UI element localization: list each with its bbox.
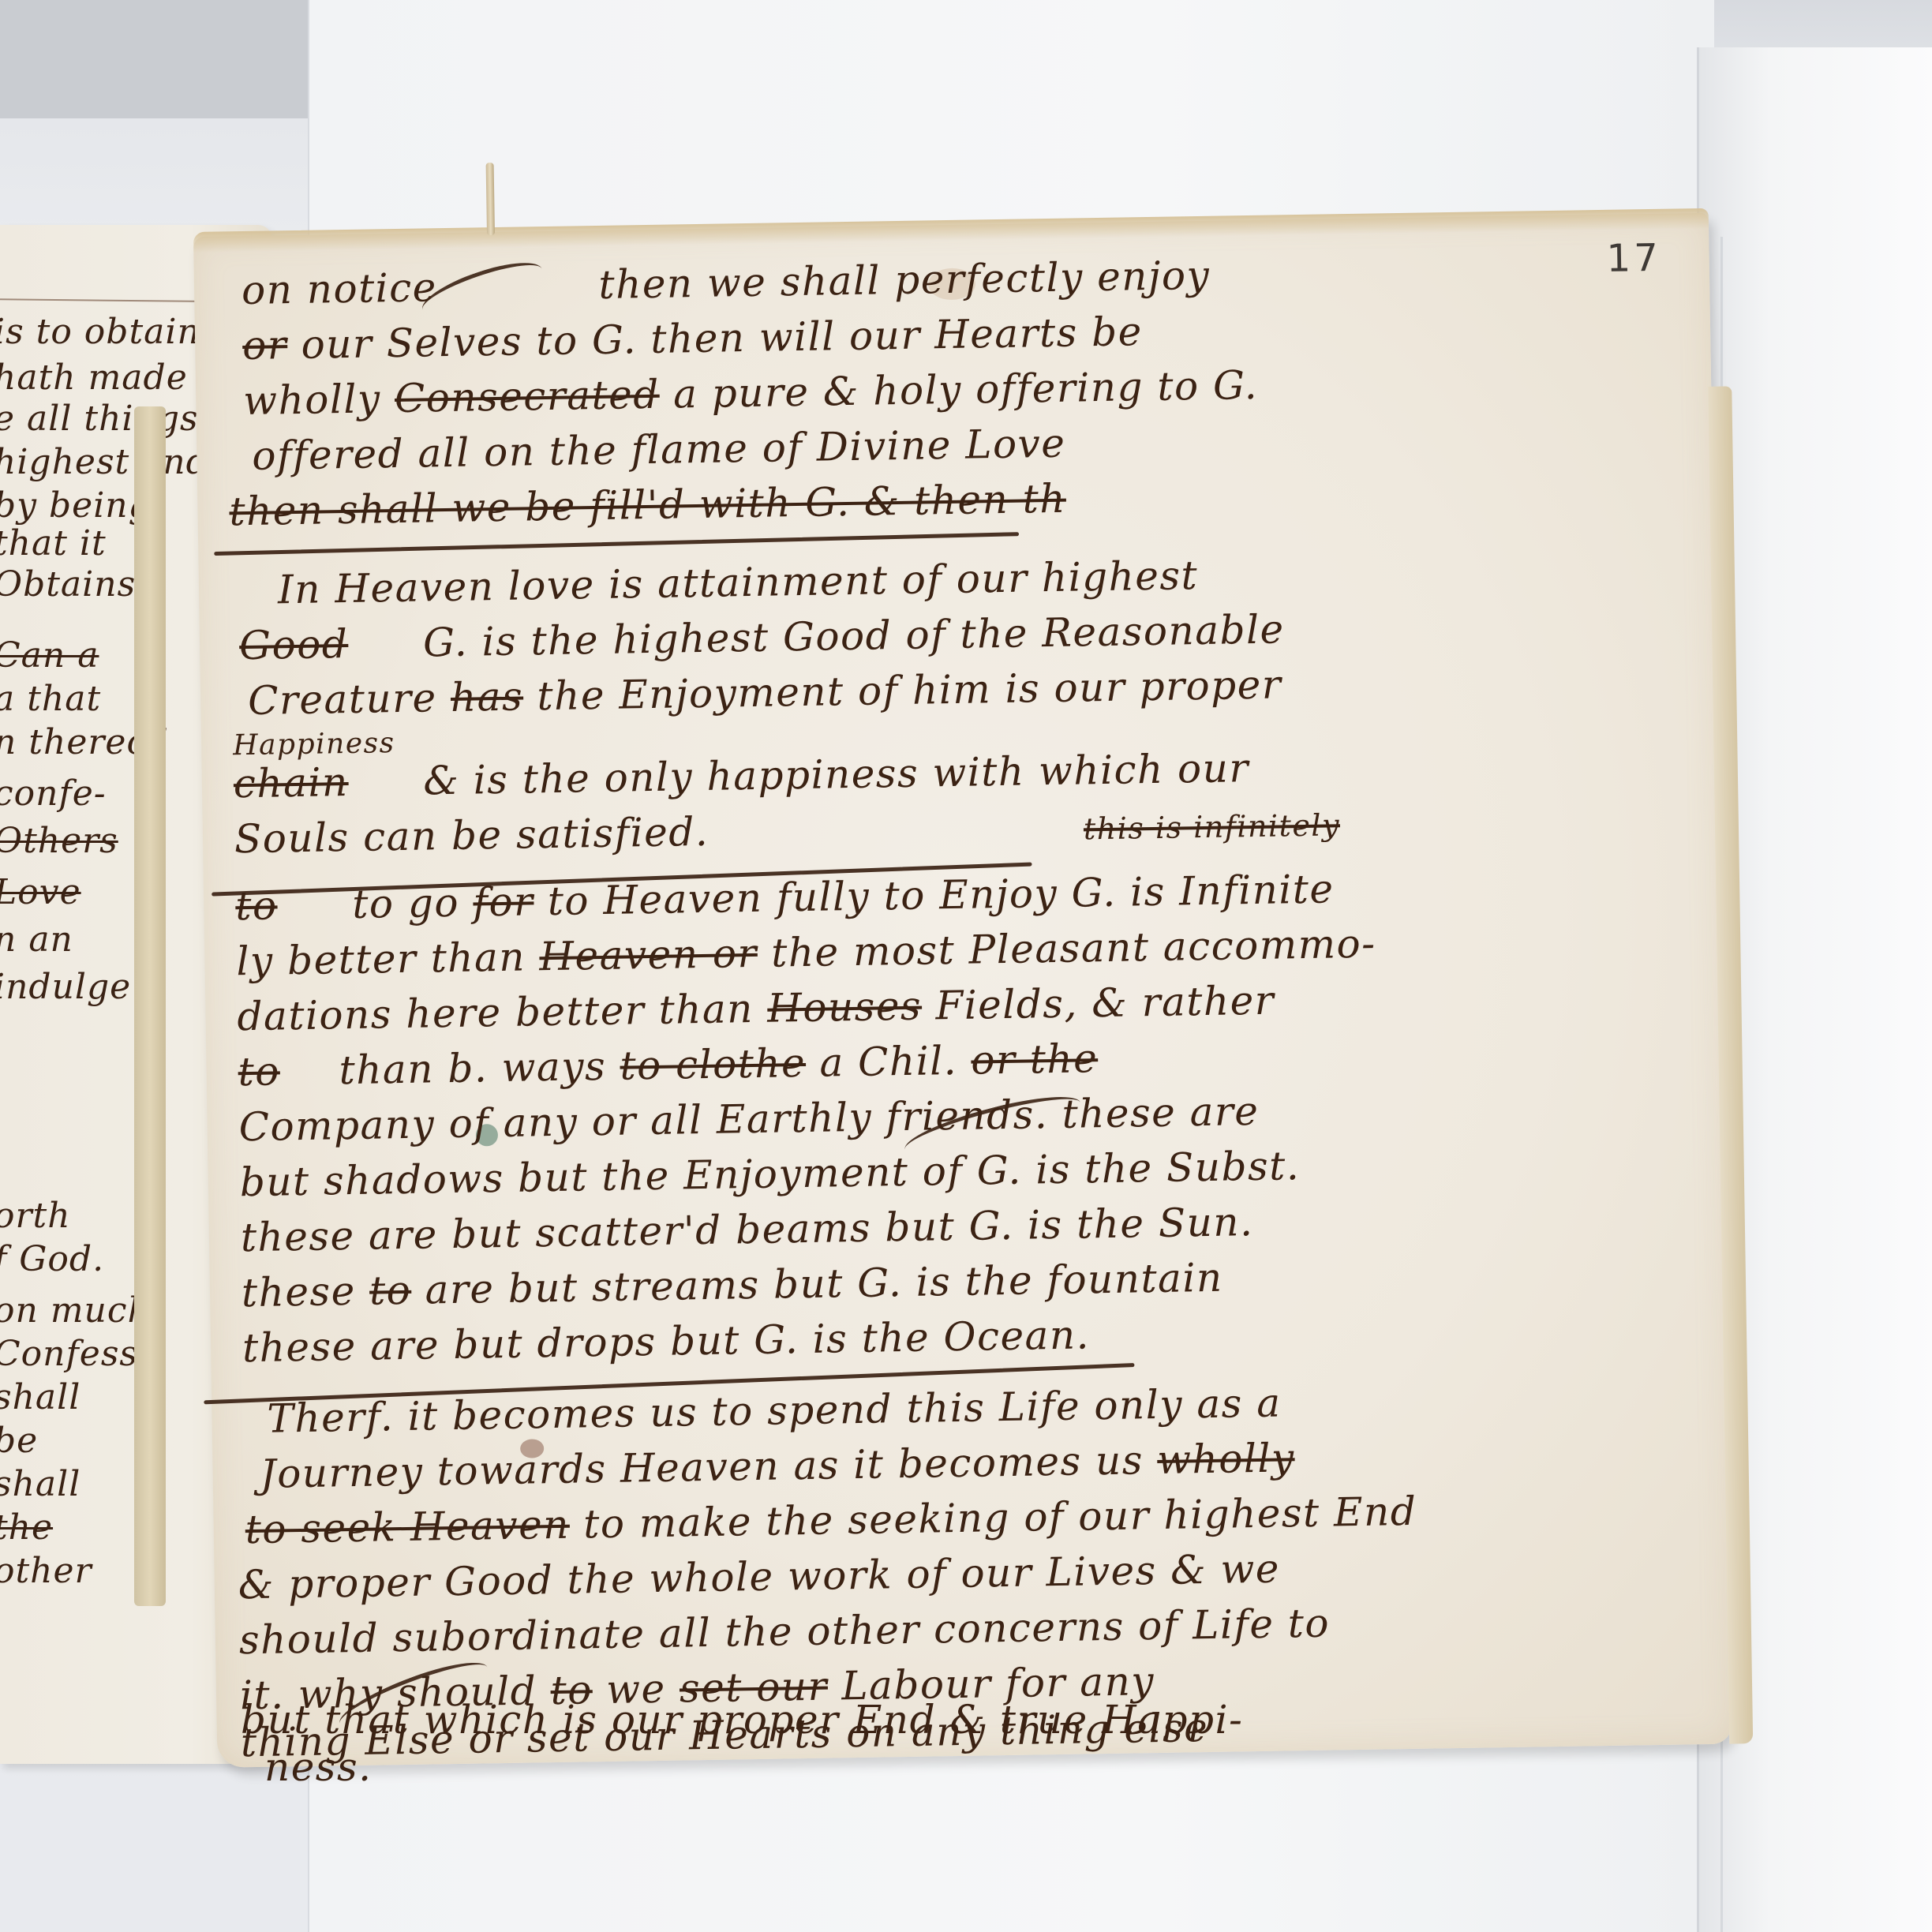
left-fragment: e all things. <box>0 399 211 439</box>
left-fragment: shall <box>0 1464 80 1504</box>
left-fragment: other <box>0 1551 92 1591</box>
folder-shadow-corner <box>0 0 316 118</box>
manuscript-line-22: to seek Heaven to make the seeking of ou… <box>245 1488 1417 1552</box>
left-fragment: shall <box>0 1377 80 1417</box>
left-fragment: Obtains <box>0 564 136 605</box>
manuscript-line-5-deleted: then shall we be fill'd with G. & then t… <box>229 476 1066 535</box>
manuscript-line-7: Good G. is the highest Good of the Reaso… <box>239 606 1285 668</box>
manuscript-line-3: wholly Consecrated a pure & holy offerin… <box>243 362 1259 424</box>
manuscript-line-14: to than b. ways to clothe a Chil. or the <box>238 1035 1098 1095</box>
manuscript-line-24: should subordinate all the other concern… <box>238 1601 1330 1664</box>
left-fragment: Confess <box>0 1334 138 1374</box>
manuscript-line-12: ly better than Heaven or the most Pleasa… <box>236 921 1376 985</box>
manuscript-line-20: Therf. it becomes us to spend this Life … <box>267 1380 1282 1442</box>
left-fragment: Love <box>0 872 81 912</box>
left-fragment: a that <box>0 679 101 719</box>
manuscript-line-1: on notice then we shall perfectly enjoy <box>241 253 1211 313</box>
manuscript-line-16: but shadows but the Enjoyment of G. is t… <box>239 1143 1300 1205</box>
manuscript-line-6: In Heaven love is attainment of our high… <box>278 552 1199 612</box>
left-fragment: Can a <box>0 635 99 676</box>
left-fragment: highest end <box>0 442 209 482</box>
left-fragment: Others <box>0 821 118 861</box>
manuscript-line-11: to to go for to Heaven fully to Enjoy G.… <box>235 866 1335 929</box>
manuscript-line-18: these to are but streams but G. is the f… <box>241 1255 1223 1316</box>
left-fragment: is to obtain <box>0 312 200 352</box>
manuscript-line-27: but that which is our proper End & true … <box>241 1697 1243 1743</box>
manuscript-page: 17 on notice then we shall perfectly enj… <box>193 213 1732 1768</box>
manuscript-margin-insert: Happiness <box>233 727 395 762</box>
section-rule <box>214 532 1019 556</box>
manuscript-line-10: Souls can be satisfied. this is infinite… <box>234 799 1341 862</box>
left-fragment: by being <box>0 485 152 526</box>
left-fragment: orth <box>0 1196 71 1236</box>
manuscript-line-8: Creature has the Enjoyment of him is our… <box>248 661 1282 724</box>
manuscript-line-13: dations here better than Houses Fields, … <box>237 978 1275 1040</box>
book-gutter <box>134 406 166 1606</box>
left-fragment: indulge <box>0 967 131 1007</box>
left-fragment: that it <box>0 523 107 563</box>
page-number: 17 <box>1606 236 1661 281</box>
manuscript-line-28: ness. <box>264 1744 373 1790</box>
left-fragment: on much <box>0 1290 151 1331</box>
left-fragment: be <box>0 1421 38 1461</box>
manuscript-line-21: Journey towards Heaven as it becomes us … <box>260 1435 1295 1497</box>
left-fragment: n an <box>0 919 73 960</box>
manuscript-line-19: these are but drops but G. is the Ocean. <box>242 1312 1091 1371</box>
left-fragment: confe- <box>0 773 107 814</box>
manuscript-line-17: these are but scatter'd beams but G. is … <box>240 1199 1253 1260</box>
left-fragment: f God. <box>0 1239 104 1279</box>
manuscript-line-2: or our Selves to G. then will our Hearts… <box>242 309 1143 369</box>
manuscript-line-15: Company of any or all Earthly friends. t… <box>238 1088 1260 1150</box>
manuscript-line-23: & proper Good the whole work of our Live… <box>238 1546 1280 1608</box>
binding-string <box>486 163 495 235</box>
manuscript-line-4: offered all on the flame of Divine Love <box>252 421 1066 479</box>
left-fragment: the <box>0 1507 53 1548</box>
left-fragment: hath made <box>0 358 188 398</box>
